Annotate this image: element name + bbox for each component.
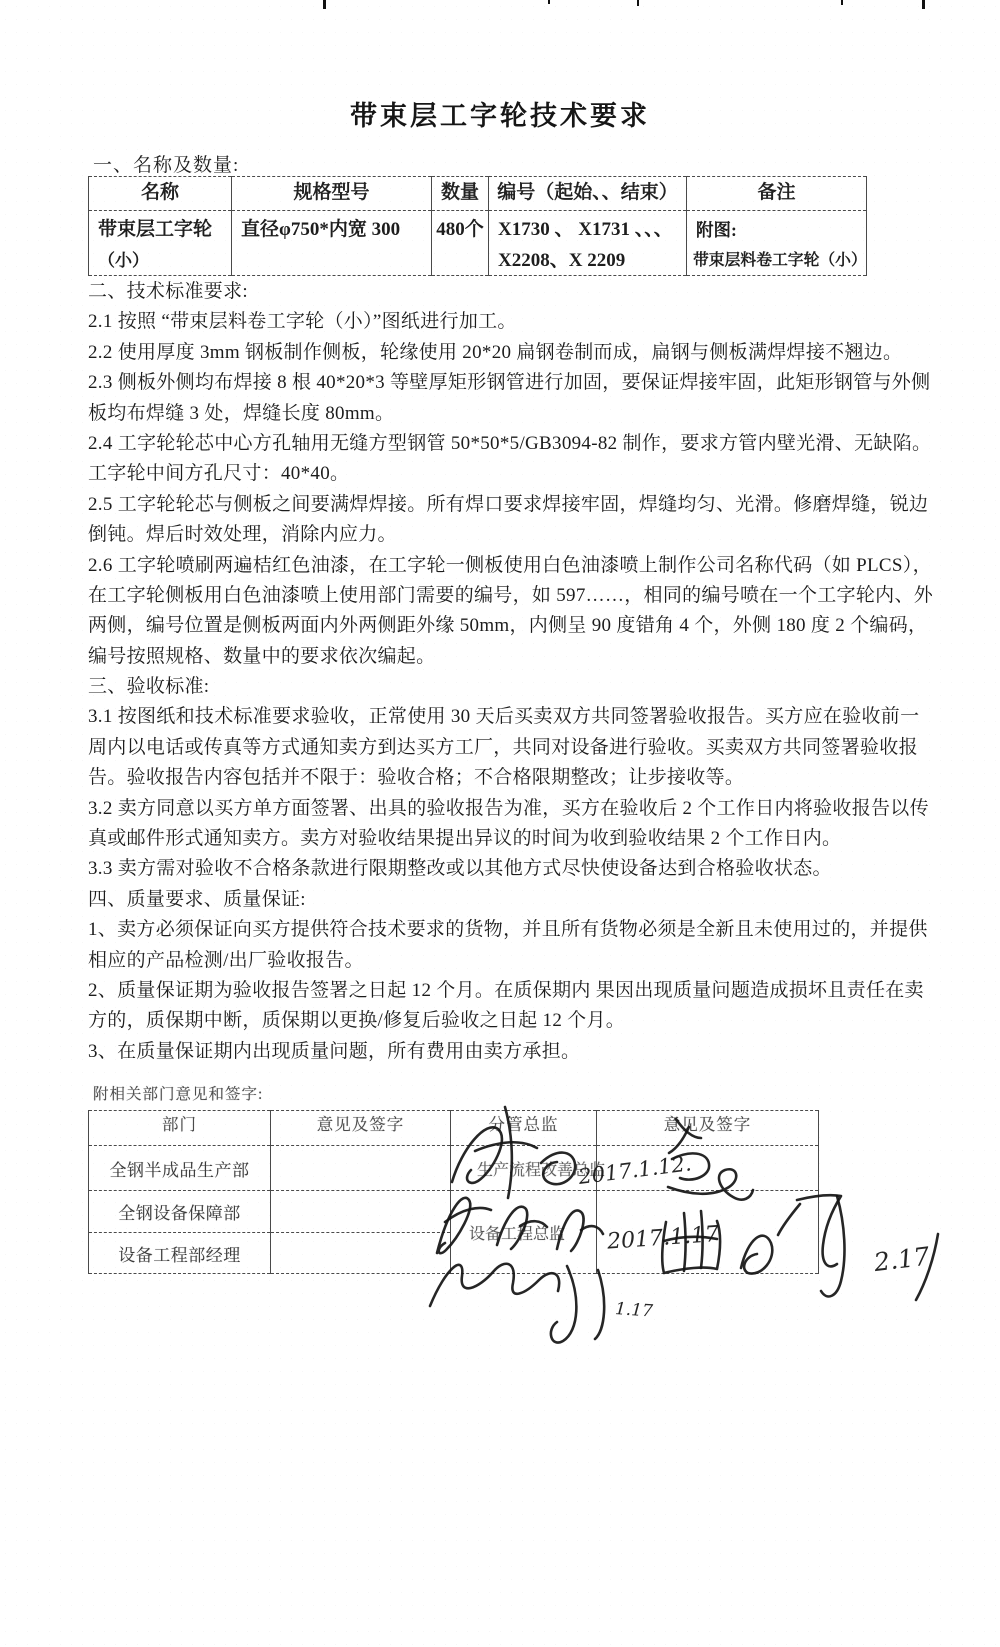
body-line: 2.4 工字轮轮芯中心方孔轴用无缝方型钢管 50*50*5/GB3094-82 … <box>88 429 920 459</box>
body-line: 真或邮件形式通知卖方。卖方对验收结果提出异议的时间为收到验收结果 2 个工作日内… <box>88 824 920 854</box>
signoff-row-equipment-support: 全钢设备保障部 设备工程总监 <box>89 1191 819 1233</box>
document-title: 带束层工字轮技术要求 <box>0 94 1000 133</box>
body-line: 告。验收报告内容包括并不限于：验收合格；不合格限期整改；让步接收等。 <box>88 763 920 793</box>
body-line: 在工字轮侧板用白色油漆喷上使用部门需要的编号，如 597……，相同的编号喷在一个… <box>88 581 920 611</box>
body-line: 板均布焊缝 3 处，焊缝长度 80mm。 <box>88 399 920 429</box>
body-text: 二、技术标准要求:2.1 按照 “带束层料卷工字轮（小）”图纸进行加工。2.2 … <box>88 277 920 1067</box>
director-signature-cell <box>597 1146 819 1191</box>
body-line: 工字轮中间方孔尺寸：40*40。 <box>88 459 920 489</box>
items-table-header-row: 名称 规格型号 数量 编号（起始、、结束） 备注 <box>89 177 867 211</box>
col-header-spec: 规格型号 <box>232 177 432 211</box>
item-name-cell: 带束层工字轮 （小） <box>89 211 232 276</box>
item-qty-cell: 480个 <box>432 211 489 276</box>
director-signature-cell <box>597 1191 819 1274</box>
body-line: 倒钝。焊后时效处理，消除内应力。 <box>88 520 920 550</box>
scan-artifact <box>922 0 925 9</box>
scan-artifact <box>323 0 326 9</box>
item-remark-line2: 带束层料卷工字轮（小） <box>693 249 866 273</box>
items-table-row: 带束层工字轮 （小） 直径φ750*内宽 300 480个 X1730 、 X1… <box>89 211 867 276</box>
signoff-row-production: 全钢半成品生产部 生产流程改善总监 <box>89 1146 819 1191</box>
item-name-size: （小） <box>98 249 231 273</box>
body-line: 2.1 按照 “带束层料卷工字轮（小）”图纸进行加工。 <box>88 307 920 337</box>
director-title: 生产流程改善总监 <box>451 1146 597 1191</box>
signoff-intro: 附相关部门意见和签字: <box>93 1082 263 1104</box>
item-remark-line1: 附图: <box>696 218 866 242</box>
opinion-signature-cell <box>271 1233 451 1274</box>
signature-date: 2.17 <box>871 1241 931 1277</box>
body-line: 2.6 工字轮喷刷两遍桔红色油漆，在工字轮一侧板使用白色油漆喷上制作公司名称代码… <box>88 551 920 581</box>
director-title: 设备工程总监 <box>451 1191 597 1274</box>
signature-date: 1.17 <box>614 1299 653 1322</box>
body-line: 1、卖方必须保证向买方提供符合技术要求的货物，并且所有货物必须是全新且未使用过的… <box>88 915 920 945</box>
signoff-header-row: 部门 意见及签字 分管总监 意见及签字 <box>89 1111 819 1146</box>
body-line: 四、质量要求、质量保证: <box>88 885 920 915</box>
scanned-document-page: 带束层工字轮技术要求 一、名称及数量: 名称 规格型号 数量 编号（起始、、结束… <box>0 0 1000 1647</box>
col-header-dept: 部门 <box>89 1111 271 1146</box>
section1-heading: 一、名称及数量: <box>93 150 239 177</box>
col-header-qty: 数量 <box>432 177 489 211</box>
items-table: 名称 规格型号 数量 编号（起始、、结束） 备注 带束层工字轮 （小） 直径φ7… <box>88 176 867 276</box>
opinion-signature-cell <box>271 1146 451 1191</box>
body-line: 三、验收标准: <box>88 672 920 702</box>
body-line: 2.2 使用厚度 3mm 钢板制作侧板，轮缘使用 20*20 扁钢卷制而成，扁钢… <box>88 338 920 368</box>
scan-artifact <box>841 0 843 5</box>
scan-artifact <box>548 0 550 4</box>
item-name: 带束层工字轮 <box>98 218 231 242</box>
body-line: 3、在质量保证期内出现质量问题，所有费用由卖方承担。 <box>88 1037 920 1067</box>
item-qty: 480个 <box>432 218 488 242</box>
body-line: 2.3 侧板外侧均布焊接 8 根 40*20*3 等壁厚矩形钢管进行加固，要保证… <box>88 368 920 398</box>
col-header-remark: 备注 <box>687 177 867 211</box>
item-codes-cell: X1730 、 X1731 、、、 X2208、X 2209 <box>489 211 687 276</box>
col-header-opinion-sign-2: 意见及签字 <box>597 1111 819 1146</box>
item-codes-line2: X2208、X 2209 <box>498 249 686 273</box>
body-line: 2、质量保证期为验收报告签署之日起 12 个月。在质保期内 果因出现质量问题造成… <box>88 976 920 1006</box>
col-header-opinion-sign-1: 意见及签字 <box>271 1111 451 1146</box>
opinion-signature-cell <box>271 1191 451 1233</box>
body-line: 方的，质保期中断，质保期以更换/修复后验收之日起 12 个月。 <box>88 1006 920 1036</box>
body-line: 相应的产品检测/出厂验收报告。 <box>88 946 920 976</box>
col-header-codes: 编号（起始、、结束） <box>489 177 687 211</box>
body-line: 编号按照规格、数量中的要求依次编起。 <box>88 642 920 672</box>
col-header-name: 名称 <box>89 177 232 211</box>
dept-name: 设备工程部经理 <box>89 1233 271 1274</box>
item-remark-cell: 附图: 带束层料卷工字轮（小） <box>687 211 867 276</box>
dept-name: 全钢半成品生产部 <box>89 1146 271 1191</box>
item-spec-cell: 直径φ750*内宽 300 <box>232 211 432 276</box>
body-line: 3.3 卖方需对验收不合格条款进行限期整改或以其他方式尽快使设备达到合格验收状态… <box>88 854 920 884</box>
body-line: 二、技术标准要求: <box>88 277 920 307</box>
dept-name: 全钢设备保障部 <box>89 1191 271 1233</box>
item-spec: 直径φ750*内宽 300 <box>241 218 431 242</box>
signoff-table: 部门 意见及签字 分管总监 意见及签字 全钢半成品生产部 生产流程改善总监 全钢… <box>88 1110 819 1274</box>
col-header-director: 分管总监 <box>451 1111 597 1146</box>
body-line: 2.5 工字轮轮芯与侧板之间要满焊焊接。所有焊口要求焊接牢固，焊缝均匀、光滑。修… <box>88 490 920 520</box>
body-line: 周内以电话或传真等方式通知卖方到达买方工厂，共同对设备进行验收。买卖双方共同签署… <box>88 733 920 763</box>
body-line: 两侧，编号位置是侧板两面内外两侧距外缘 50mm，内侧呈 90 度错角 4 个，… <box>88 611 920 641</box>
equipment-manager-signature: 1.17 <box>430 1264 654 1343</box>
scan-artifact <box>637 0 639 6</box>
body-line: 3.1 按图纸和技术标准要求验收，正常使用 30 天后买卖双方共同签署验收报告。… <box>88 702 920 732</box>
item-codes-line1: X1730 、 X1731 、、、 <box>498 218 686 242</box>
body-line: 3.2 卖方同意以买方单方面签署、出具的验收报告为准，买方在验收后 2 个工作日… <box>88 794 920 824</box>
